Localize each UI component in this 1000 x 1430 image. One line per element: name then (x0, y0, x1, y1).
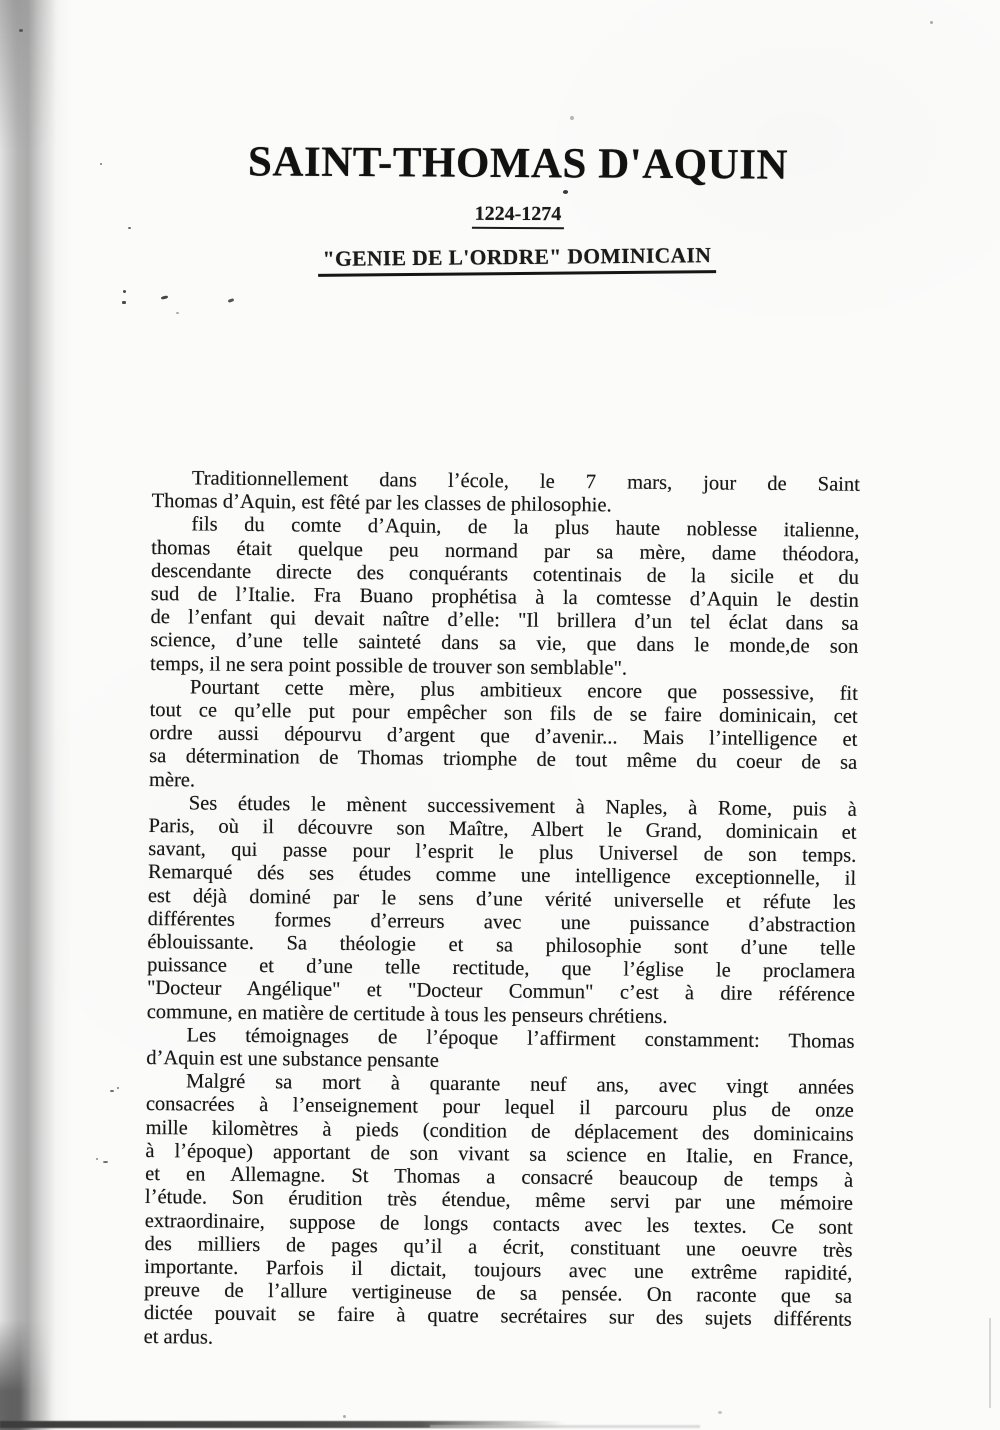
body-text: Traditionnellement dans l’école, le 7 ma… (144, 467, 860, 1355)
scan-speck (96, 1158, 98, 1160)
date-range-row: 1224-1274 (164, 201, 872, 230)
scan-speck (117, 1087, 119, 1089)
scan-speck (562, 189, 568, 194)
scan-speck (128, 227, 131, 229)
document-title: SAINT-THOMAS D'AQUIN (164, 138, 872, 190)
scan-speck (122, 301, 126, 304)
scan-speck (161, 295, 169, 300)
scan-speck (570, 116, 574, 120)
scan-speck (930, 21, 933, 24)
binding-shadow-bottom (0, 1320, 56, 1430)
paragraph: Traditionnellement dans l’école, le 7 ma… (152, 467, 860, 520)
scan-speck (343, 1415, 346, 1418)
paragraph: Malgré sa mort à quarante neuf ans, avec… (144, 1070, 855, 1355)
paragraph: Pourtant cette mère, plus ambitieux enco… (149, 676, 858, 799)
paragraph: Les témoignages de l’époque l’affirment … (146, 1024, 854, 1077)
document-subtitle: "GENIE DE L'ORDRE" DOMINICAIN (318, 243, 717, 277)
scan-speck (228, 298, 235, 303)
scan-speck (718, 1411, 722, 1414)
subtitle-row: "GENIE DE L'ORDRE" DOMINICAIN (163, 242, 871, 279)
scan-right-edge (989, 1318, 991, 1408)
binding-shadow-top (0, 0, 64, 150)
scan-speck (176, 312, 179, 314)
scan-speck (100, 163, 102, 165)
scanned-page: SAINT-THOMAS D'AQUIN 1224-1274 "GENIE DE… (0, 0, 1000, 1430)
scan-bottom-edge-faint (430, 1425, 700, 1428)
paragraph: Ses études le mènent successivement à Na… (147, 792, 857, 1031)
scan-speck (123, 290, 126, 293)
scan-speck (19, 29, 23, 32)
paragraph: fils du comte d’Aquin, de la plus haute … (150, 513, 860, 682)
scan-speck (103, 1161, 108, 1163)
binding-shadow (0, 0, 74, 1430)
scan-speck (110, 1090, 114, 1092)
date-range: 1224-1274 (472, 203, 565, 229)
